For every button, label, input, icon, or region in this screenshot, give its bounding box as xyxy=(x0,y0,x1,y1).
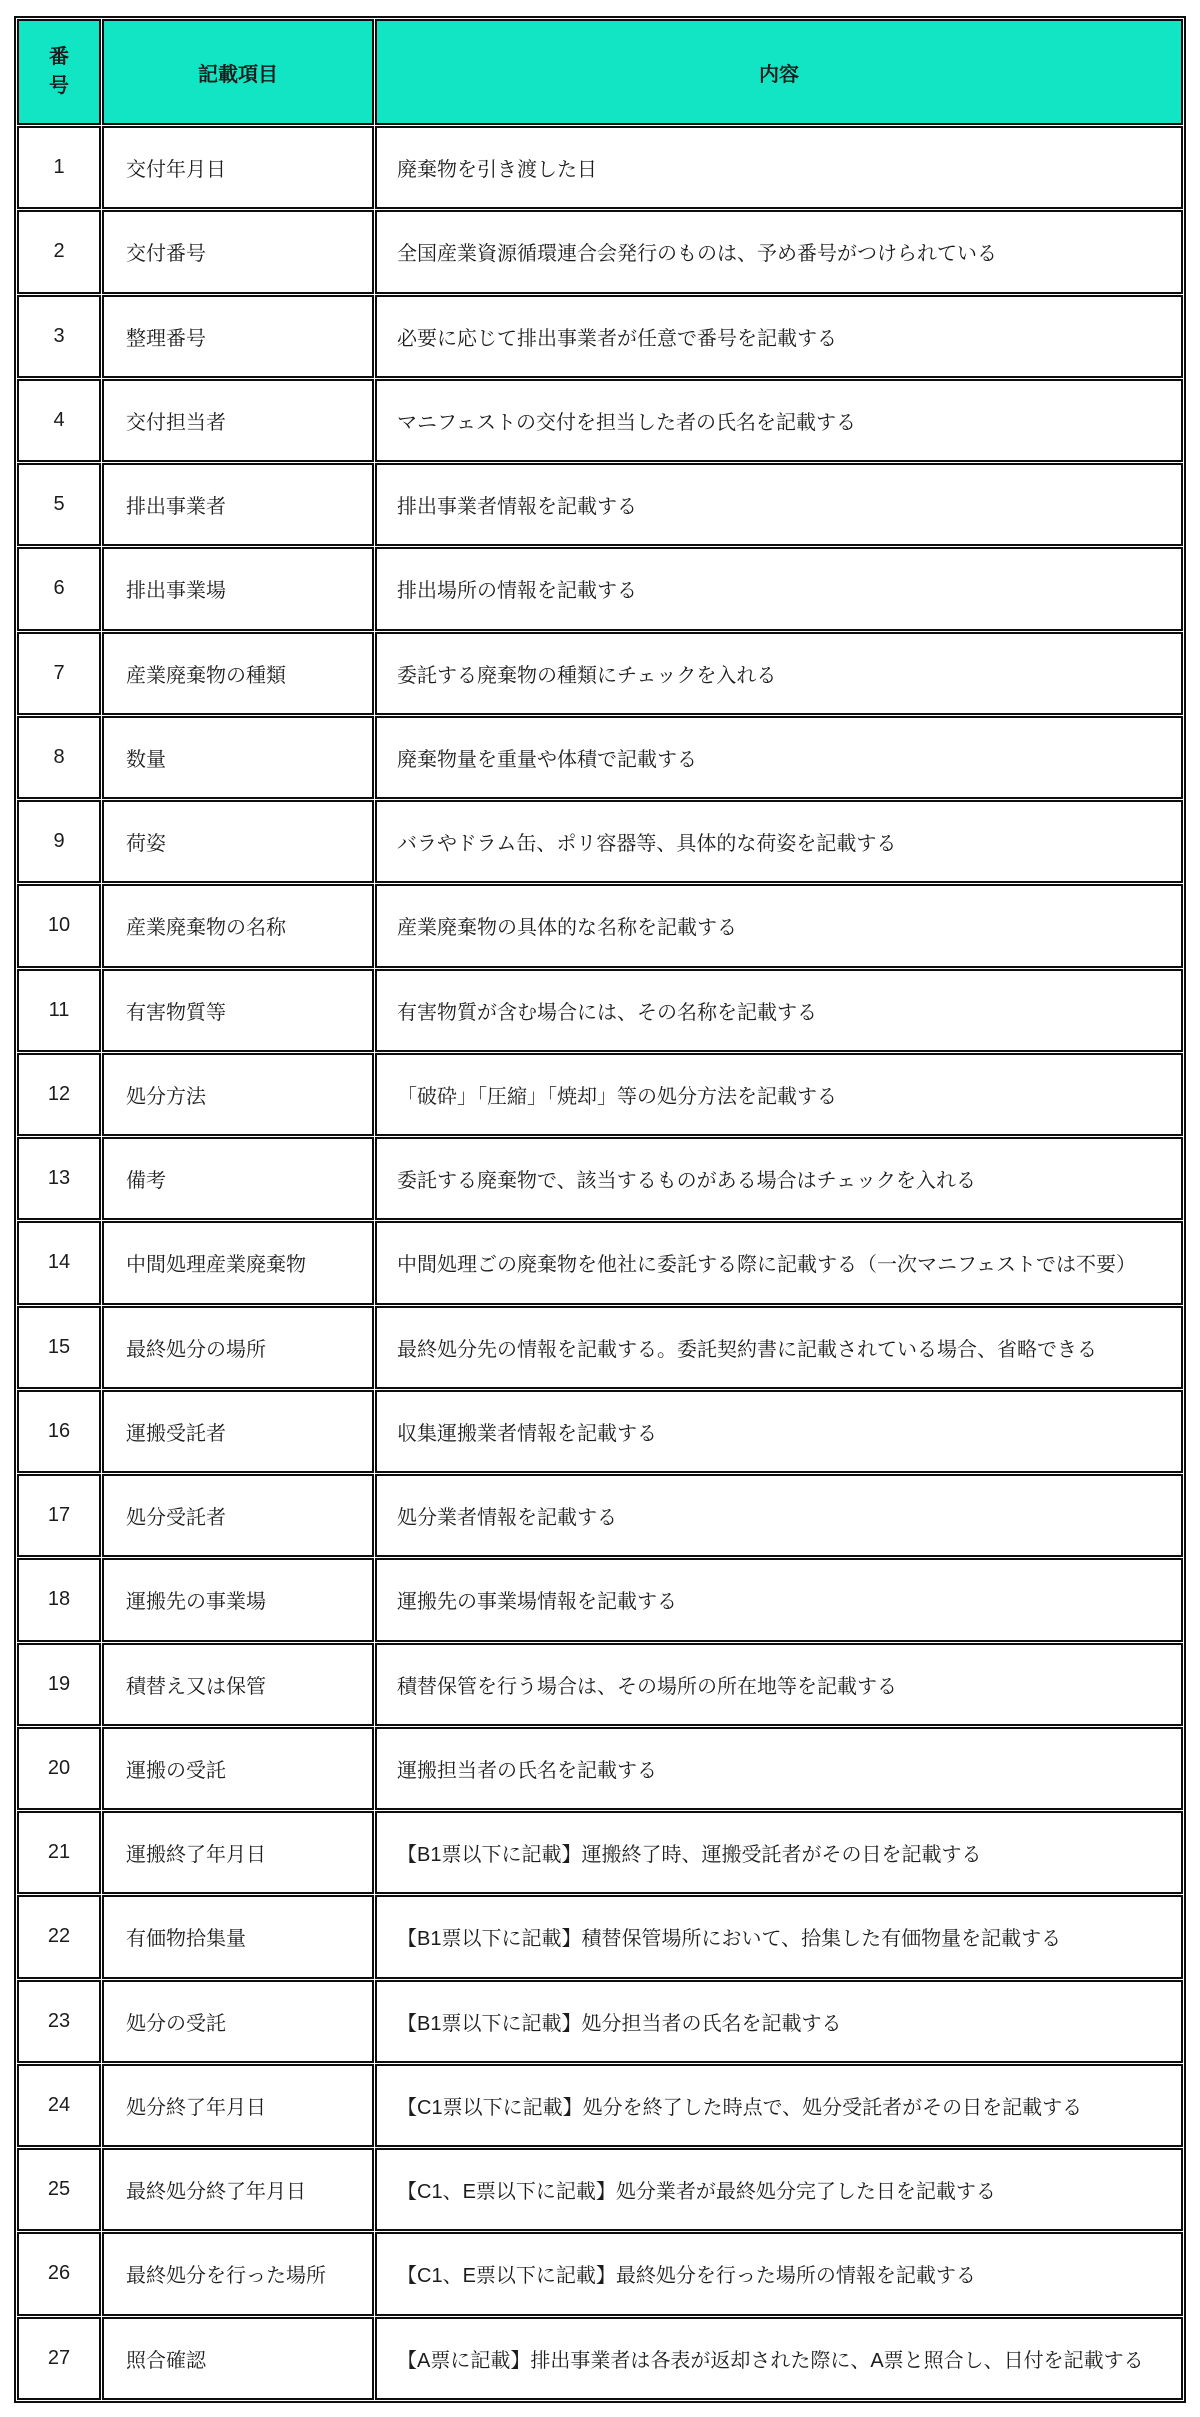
row-item-cell: 産業廃棄物の種類 xyxy=(102,632,374,715)
row-number-cell: 18 xyxy=(17,1558,101,1641)
table-row: 8 数量 廃棄物量を重量や体積で記載する xyxy=(17,716,1183,799)
row-content-cell: 【B1票以下に記載】処分担当者の氏名を記載する xyxy=(375,1980,1183,2063)
row-number-cell: 25 xyxy=(17,2148,101,2231)
row-content-cell: 産業廃棄物の具体的な名称を記載する xyxy=(375,884,1183,967)
table-row: 14 中間処理産業廃棄物 中間処理ごの廃棄物を他社に委託する際に記載する（一次マ… xyxy=(17,1221,1183,1304)
table-row: 26 最終処分を行った場所 【C1、E票以下に記載】最終処分を行った場所の情報を… xyxy=(17,2232,1183,2315)
row-item-cell: 有価物拾集量 xyxy=(102,1895,374,1978)
row-item-cell: 積替え又は保管 xyxy=(102,1643,374,1726)
row-content-cell: 排出場所の情報を記載する xyxy=(375,547,1183,630)
table-row: 19 積替え又は保管 積替保管を行う場合は、その場所の所在地等を記載する xyxy=(17,1643,1183,1726)
row-number-cell: 6 xyxy=(17,547,101,630)
table-row: 6 排出事業場 排出場所の情報を記載する xyxy=(17,547,1183,630)
row-item-cell: 最終処分の場所 xyxy=(102,1306,374,1389)
header-row: 番 号 記載項目 内容 xyxy=(17,19,1183,125)
row-item-cell: 最終処分終了年月日 xyxy=(102,2148,374,2231)
row-number-cell: 9 xyxy=(17,800,101,883)
row-number-cell: 20 xyxy=(17,1727,101,1810)
table-row: 13 備考 委託する廃棄物で、該当するものがある場合はチェックを入れる xyxy=(17,1137,1183,1220)
table-row: 11 有害物質等 有害物質が含む場合には、その名称を記載する xyxy=(17,969,1183,1052)
row-content-cell: バラやドラム缶、ポリ容器等、具体的な荷姿を記載する xyxy=(375,800,1183,883)
row-number-cell: 19 xyxy=(17,1643,101,1726)
row-number-cell: 8 xyxy=(17,716,101,799)
row-content-cell: 収集運搬業者情報を記載する xyxy=(375,1390,1183,1473)
row-content-cell: 廃棄物量を重量や体積で記載する xyxy=(375,716,1183,799)
table-row: 25 最終処分終了年月日 【C1、E票以下に記載】処分業者が最終処分完了した日を… xyxy=(17,2148,1183,2231)
row-number-cell: 7 xyxy=(17,632,101,715)
table-row: 24 処分終了年月日 【C1票以下に記載】処分を終了した時点で、処分受託者がその… xyxy=(17,2064,1183,2147)
table-row: 3 整理番号 必要に応じて排出事業者が任意で番号を記載する xyxy=(17,295,1183,378)
row-number-cell: 12 xyxy=(17,1053,101,1136)
table-row: 18 運搬先の事業場 運搬先の事業場情報を記載する xyxy=(17,1558,1183,1641)
row-item-cell: 排出事業場 xyxy=(102,547,374,630)
row-item-cell: 運搬受託者 xyxy=(102,1390,374,1473)
row-content-cell: 有害物質が含む場合には、その名称を記載する xyxy=(375,969,1183,1052)
row-item-cell: 排出事業者 xyxy=(102,463,374,546)
row-item-cell: 運搬終了年月日 xyxy=(102,1811,374,1894)
table-row: 12 処分方法 「破砕」「圧縮」「焼却」等の処分方法を記載する xyxy=(17,1053,1183,1136)
table-row: 2 交付番号 全国産業資源循環連合会発行のものは、予め番号がつけられている xyxy=(17,210,1183,293)
row-content-cell: 処分業者情報を記載する xyxy=(375,1474,1183,1557)
row-content-cell: 廃棄物を引き渡した日 xyxy=(375,126,1183,209)
row-item-cell: 照合確認 xyxy=(102,2317,374,2401)
row-item-cell: 整理番号 xyxy=(102,295,374,378)
row-item-cell: 処分方法 xyxy=(102,1053,374,1136)
column-header-content: 内容 xyxy=(375,19,1183,125)
row-number-cell: 10 xyxy=(17,884,101,967)
row-item-cell: 処分終了年月日 xyxy=(102,2064,374,2147)
row-content-cell: 【B1票以下に記載】運搬終了時、運搬受託者がその日を記載する xyxy=(375,1811,1183,1894)
manifest-items-table: 番 号 記載項目 内容 1 交付年月日 廃棄物を引き渡した日 2 交付番号 全国… xyxy=(14,16,1186,2403)
table-row: 5 排出事業者 排出事業者情報を記載する xyxy=(17,463,1183,546)
row-number-cell: 26 xyxy=(17,2232,101,2315)
row-content-cell: 全国産業資源循環連合会発行のものは、予め番号がつけられている xyxy=(375,210,1183,293)
row-content-cell: 必要に応じて排出事業者が任意で番号を記載する xyxy=(375,295,1183,378)
row-number-cell: 2 xyxy=(17,210,101,293)
row-content-cell: 運搬先の事業場情報を記載する xyxy=(375,1558,1183,1641)
table-body: 1 交付年月日 廃棄物を引き渡した日 2 交付番号 全国産業資源循環連合会発行の… xyxy=(17,126,1183,2400)
row-number-cell: 4 xyxy=(17,379,101,462)
table-row: 22 有価物拾集量 【B1票以下に記載】積替保管場所において、拾集した有価物量を… xyxy=(17,1895,1183,1978)
row-item-cell: 運搬先の事業場 xyxy=(102,1558,374,1641)
row-number-cell: 16 xyxy=(17,1390,101,1473)
table-row: 21 運搬終了年月日 【B1票以下に記載】運搬終了時、運搬受託者がその日を記載す… xyxy=(17,1811,1183,1894)
table-row: 7 産業廃棄物の種類 委託する廃棄物の種類にチェックを入れる xyxy=(17,632,1183,715)
row-number-cell: 27 xyxy=(17,2317,101,2401)
row-item-cell: 産業廃棄物の名称 xyxy=(102,884,374,967)
row-number-cell: 15 xyxy=(17,1306,101,1389)
row-item-cell: 交付担当者 xyxy=(102,379,374,462)
row-content-cell: 委託する廃棄物で、該当するものがある場合はチェックを入れる xyxy=(375,1137,1183,1220)
row-number-cell: 5 xyxy=(17,463,101,546)
table-row: 4 交付担当者 マニフェストの交付を担当した者の氏名を記載する xyxy=(17,379,1183,462)
row-item-cell: 中間処理産業廃棄物 xyxy=(102,1221,374,1304)
row-content-cell: 委託する廃棄物の種類にチェックを入れる xyxy=(375,632,1183,715)
table-row: 10 産業廃棄物の名称 産業廃棄物の具体的な名称を記載する xyxy=(17,884,1183,967)
row-number-cell: 14 xyxy=(17,1221,101,1304)
row-content-cell: 積替保管を行う場合は、その場所の所在地等を記載する xyxy=(375,1643,1183,1726)
row-item-cell: 有害物質等 xyxy=(102,969,374,1052)
row-item-cell: 荷姿 xyxy=(102,800,374,883)
row-content-cell: 【B1票以下に記載】積替保管場所において、拾集した有価物量を記載する xyxy=(375,1895,1183,1978)
row-number-cell: 23 xyxy=(17,1980,101,2063)
row-content-cell: 「破砕」「圧縮」「焼却」等の処分方法を記載する xyxy=(375,1053,1183,1136)
row-number-cell: 3 xyxy=(17,295,101,378)
row-item-cell: 運搬の受託 xyxy=(102,1727,374,1810)
column-header-number: 番 号 xyxy=(17,19,101,125)
column-header-item: 記載項目 xyxy=(102,19,374,125)
table-row: 17 処分受託者 処分業者情報を記載する xyxy=(17,1474,1183,1557)
row-number-cell: 13 xyxy=(17,1137,101,1220)
table-row: 16 運搬受託者 収集運搬業者情報を記載する xyxy=(17,1390,1183,1473)
row-content-cell: 最終処分先の情報を記載する。委託契約書に記載されている場合、省略できる xyxy=(375,1306,1183,1389)
row-number-cell: 24 xyxy=(17,2064,101,2147)
row-item-cell: 数量 xyxy=(102,716,374,799)
table-row: 20 運搬の受託 運搬担当者の氏名を記載する xyxy=(17,1727,1183,1810)
row-content-cell: 排出事業者情報を記載する xyxy=(375,463,1183,546)
row-content-cell: 【C1、E票以下に記載】最終処分を行った場所の情報を記載する xyxy=(375,2232,1183,2315)
row-item-cell: 交付年月日 xyxy=(102,126,374,209)
row-item-cell: 最終処分を行った場所 xyxy=(102,2232,374,2315)
table-row: 15 最終処分の場所 最終処分先の情報を記載する。委託契約書に記載されている場合… xyxy=(17,1306,1183,1389)
table-row: 23 処分の受託 【B1票以下に記載】処分担当者の氏名を記載する xyxy=(17,1980,1183,2063)
row-item-cell: 処分受託者 xyxy=(102,1474,374,1557)
row-content-cell: マニフェストの交付を担当した者の氏名を記載する xyxy=(375,379,1183,462)
row-content-cell: 【A票に記載】排出事業者は各表が返却された際に、A票と照合し、日付を記載する xyxy=(375,2317,1183,2401)
table-row: 9 荷姿 バラやドラム缶、ポリ容器等、具体的な荷姿を記載する xyxy=(17,800,1183,883)
row-number-cell: 21 xyxy=(17,1811,101,1894)
row-number-cell: 17 xyxy=(17,1474,101,1557)
page: 番 号 記載項目 内容 1 交付年月日 廃棄物を引き渡した日 2 交付番号 全国… xyxy=(0,0,1200,2417)
row-number-cell: 1 xyxy=(17,126,101,209)
table-row: 27 照合確認 【A票に記載】排出事業者は各表が返却された際に、A票と照合し、日… xyxy=(17,2317,1183,2401)
row-content-cell: 【C1、E票以下に記載】処分業者が最終処分完了した日を記載する xyxy=(375,2148,1183,2231)
row-item-cell: 備考 xyxy=(102,1137,374,1220)
row-content-cell: 運搬担当者の氏名を記載する xyxy=(375,1727,1183,1810)
row-content-cell: 中間処理ごの廃棄物を他社に委託する際に記載する（一次マニフェストでは不要） xyxy=(375,1221,1183,1304)
row-content-cell: 【C1票以下に記載】処分を終了した時点で、処分受託者がその日を記載する xyxy=(375,2064,1183,2147)
table-row: 1 交付年月日 廃棄物を引き渡した日 xyxy=(17,126,1183,209)
row-number-cell: 11 xyxy=(17,969,101,1052)
row-item-cell: 交付番号 xyxy=(102,210,374,293)
row-item-cell: 処分の受託 xyxy=(102,1980,374,2063)
table-header: 番 号 記載項目 内容 xyxy=(17,19,1183,125)
row-number-cell: 22 xyxy=(17,1895,101,1978)
